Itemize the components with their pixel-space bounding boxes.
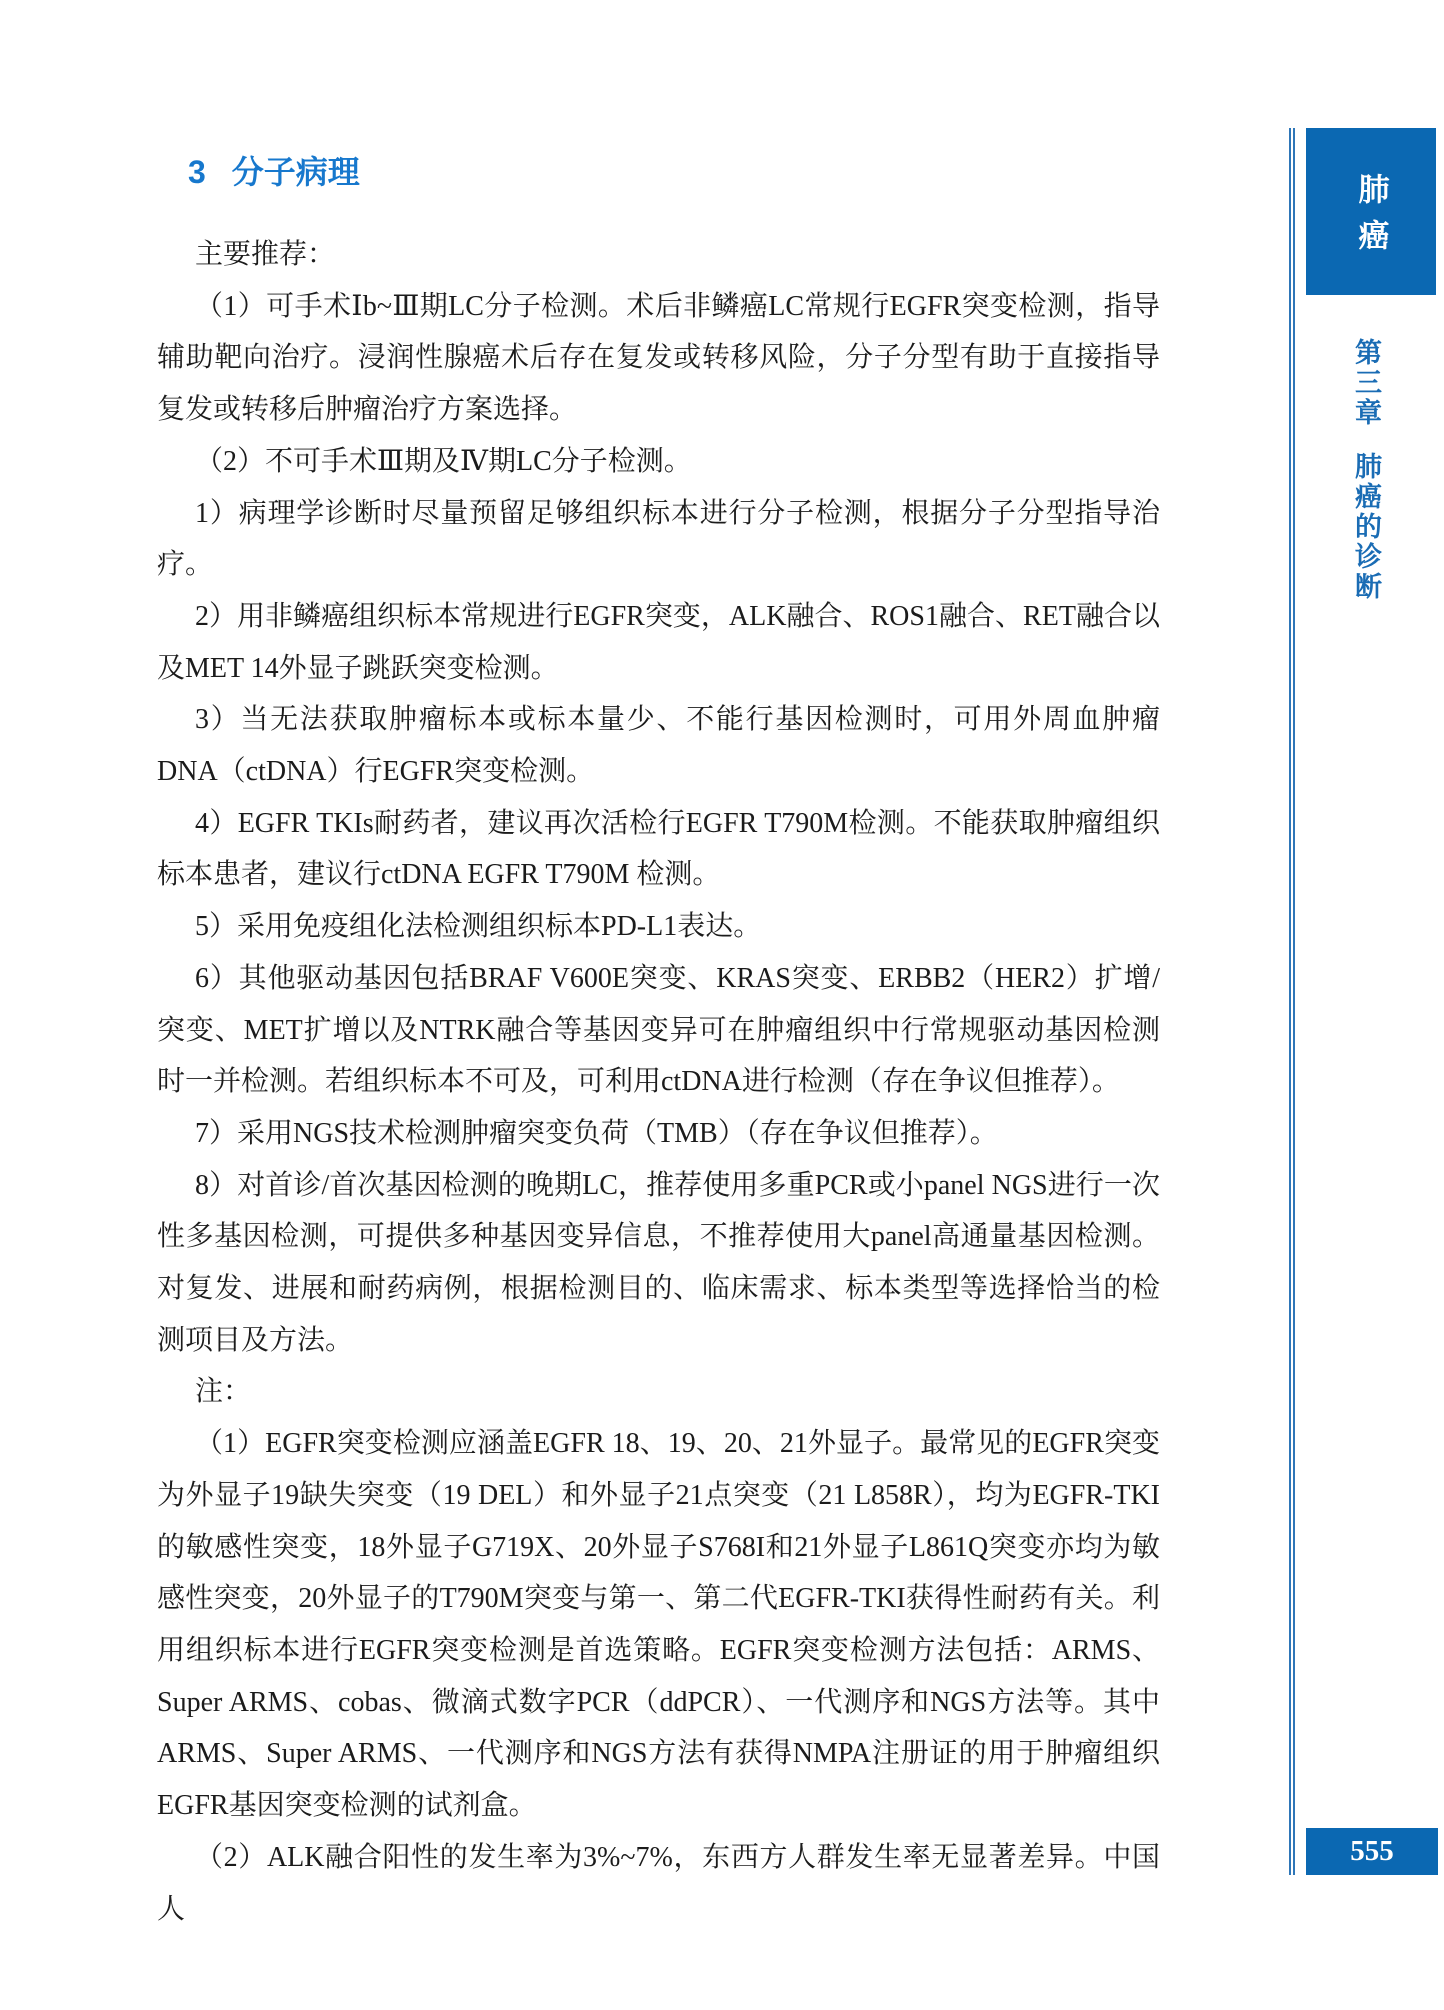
paragraph: 8）对首诊/首次基因检测的晚期LC，推荐使用多重PCR或小panel NGS进行…: [157, 1160, 1160, 1367]
document-page: 3分子病理 主要推荐：（1）可手术Ⅰb~Ⅲ期LC分子检测。术后非鳞癌LC常规行E…: [0, 0, 1444, 2010]
chapter-title: 肺癌的诊断: [1351, 452, 1381, 602]
chapter-number: 第三章: [1351, 338, 1381, 428]
section-heading: 3分子病理: [188, 153, 360, 191]
sidebar-chapter-heading: 第三章肺癌的诊断: [1346, 338, 1386, 602]
paragraph: （1）EGFR突变检测应涵盖EGFR 18、19、20、21外显子。最常见的EG…: [157, 1418, 1160, 1832]
page-number-badge: 555: [1306, 1828, 1438, 1875]
paragraph: （1）可手术Ⅰb~Ⅲ期LC分子检测。术后非鳞癌LC常规行EGFR突变检测，指导辅…: [157, 281, 1160, 436]
paragraph: 7）采用NGS技术检测肿瘤突变负荷（TMB）（存在争议但推荐）。: [157, 1108, 1160, 1160]
paragraph: 1）病理学诊断时尽量预留足够组织标本进行分子检测，根据分子分型指导治疗。: [157, 488, 1160, 591]
paragraph: 主要推荐：: [157, 229, 1160, 281]
paragraph: 6）其他驱动基因包括BRAF V600E突变、KRAS突变、ERBB2（HER2…: [157, 953, 1160, 1108]
paragraph: （2）不可手术Ⅲ期及Ⅳ期LC分子检测。: [157, 436, 1160, 488]
paragraph: 3）当无法获取肿瘤标本或标本量少、不能行基因检测时，可用外周血肿瘤DNA（ctD…: [157, 694, 1160, 797]
page-number: 555: [1350, 1835, 1394, 1868]
section-title: 分子病理: [232, 154, 360, 190]
sidebar-vertical-rule: [1289, 128, 1295, 1875]
paragraph: 4）EGFR TKIs耐药者，建议再次活检行EGFR T790M检测。不能获取肿…: [157, 798, 1160, 901]
paragraph: 2）用非鳞癌组织标本常规进行EGFR突变，ALK融合、ROS1融合、RET融合以…: [157, 591, 1160, 694]
sidebar-chapter-tab: 肺癌: [1306, 128, 1436, 295]
paragraph: （2）ALK融合阳性的发生率为3%~7%，东西方人群发生率无显著差异。中国人: [157, 1832, 1160, 1935]
sidebar-tab-label: 肺癌: [1349, 158, 1394, 265]
body-text: 主要推荐：（1）可手术Ⅰb~Ⅲ期LC分子检测。术后非鳞癌LC常规行EGFR突变检…: [157, 229, 1160, 1935]
section-number: 3: [188, 154, 206, 190]
paragraph: 注：: [157, 1366, 1160, 1418]
paragraph: 5）采用免疫组化法检测组织标本PD-L1表达。: [157, 901, 1160, 953]
